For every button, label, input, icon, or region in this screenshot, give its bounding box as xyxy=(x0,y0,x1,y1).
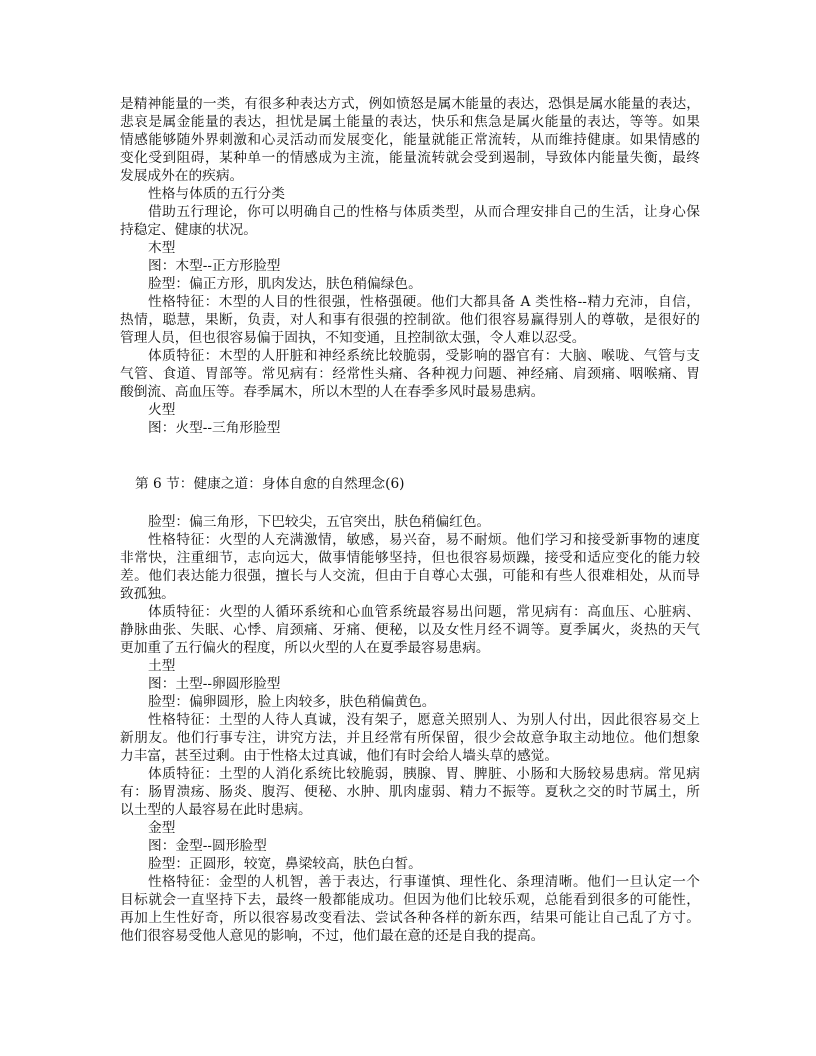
text-block-wood-fire: 是精神能量的一类，有很多种表达方式，例如愤怒是属木能量的表达，恐惧是属水能量的表… xyxy=(120,95,700,437)
text-line: 再加上生性好奇，所以很容易改变看法、尝试各种各样的新东西，结果可能让自己乱了方寸… xyxy=(120,909,700,927)
document-page: 是精神能量的一类，有很多种表达方式，例如愤怒是属木能量的表达，恐惧是属水能量的表… xyxy=(0,0,816,1056)
text-line: 性格特征：金型的人机智，善于表达，行事谨慎、理性化、条理清晰。他们一旦认定一个 xyxy=(120,873,700,891)
text-line: 借助五行理论，你可以明确自己的性格与体质类型，从而合理安排自己的生活，让身心保 xyxy=(120,203,700,221)
text-line: 脸型：偏卵圆形，脸上肉较多，肤色稍偏黄色。 xyxy=(120,693,700,711)
text-line: 体质特征：土型的人消化系统比较脆弱，胰腺、胃、脾脏、小肠和大肠较易患病。常见病 xyxy=(120,765,700,783)
text-line: 体质特征：火型的人循环系统和心血管系统最容易出问题，常见病有：高血压、心脏病、 xyxy=(120,603,700,621)
text-line: 持稳定、健康的状况。 xyxy=(120,221,700,239)
text-line: 是精神能量的一类，有很多种表达方式，例如愤怒是属木能量的表达，恐惧是属水能量的表… xyxy=(120,95,700,113)
text-line: 脸型：偏三角形，下巴较尖，五官突出，肤色稍偏红色。 xyxy=(120,513,700,531)
text-line: 情感能够随外界刺激和心灵活动而发展变化，能量就能正常流转，从而维持健康。如果情感… xyxy=(120,131,700,149)
text-line: 脸型：正圆形，较宽，鼻梁较高，肤色白皙。 xyxy=(120,855,700,873)
figure-caption-wood: 图：木型--正方形脸型 xyxy=(120,257,700,275)
text-line: 性格特征：木型的人目的性很强，性格强硬。他们大都具备 A 类性格--精力充沛，自… xyxy=(120,293,700,311)
text-line: 性格特征：火型的人充满激情，敏感，易兴奋，易不耐烦。他们学习和接受新事物的速度 xyxy=(120,531,700,549)
text-line: 致孤独。 xyxy=(120,585,700,603)
subheading-earth-type: 土型 xyxy=(120,657,700,675)
text-line: 非常快，注重细节，志向远大，做事情能够坚持，但也很容易烦躁，接受和适应变化的能力… xyxy=(120,549,700,567)
text-line: 性格特征：土型的人待人真诚，没有架子，愿意关照别人、为别人付出，因此很容易交上 xyxy=(120,711,700,729)
text-line: 差。他们表达能力很强，擅长与人交流，但由于自尊心太强，可能和有些人很难相处，从而… xyxy=(120,567,700,585)
text-line: 管理人员，但也很容易偏于固执，不知变通，且控制欲太强，令人难以忍受。 xyxy=(120,329,700,347)
text-line: 有：肠胃溃疡、肠炎、腹泻、便秘、水肿、肌肉虚弱、精力不振等。夏秋之交的时节属土，… xyxy=(120,783,700,801)
figure-caption-fire: 图：火型--三角形脸型 xyxy=(120,419,700,437)
text-line: 静脉曲张、失眠、心悸、肩颈痛、牙痛、便秘，以及女性月经不调等。夏季属火，炎热的天… xyxy=(120,621,700,639)
text-line: 变化受到阻碍，某种单一的情感成为主流，能量流转就会受到遏制，导致体内能量失衡，最… xyxy=(120,149,700,167)
subheading-wood-type: 木型 xyxy=(120,239,700,257)
text-block-fire-earth-metal: 脸型：偏三角形，下巴较尖，五官突出，肤色稍偏红色。 性格特征：火型的人充满激情，… xyxy=(120,513,700,945)
section-heading: 第 6 节：健康之道：身体自愈的自然理念(6) xyxy=(135,475,405,493)
text-line: 以土型的人最容易在此时患病。 xyxy=(120,801,700,819)
text-line: 目标就会一直坚持下去，最终一般都能成功。但因为他们比较乐观，总能看到很多的可能性… xyxy=(120,891,700,909)
text-line: 更加重了五行偏火的程度，所以火型的人在夏季最容易患病。 xyxy=(120,639,700,657)
text-line: 他们很容易受他人意见的影响，不过，他们最在意的还是自我的提高。 xyxy=(120,927,700,945)
text-line: 气管、食道、胃部等。常见病有：经常性头痛、各种视力问题、神经痛、肩颈痛、咽喉痛、… xyxy=(120,365,700,383)
text-line: 悲哀是属金能量的表达，担忧是属土能量的表达，快乐和焦急是属火能量的表达，等等。如… xyxy=(120,113,700,131)
text-line: 力丰富，甚至过剩。由于性格太过真诚，他们有时会给人墙头草的感觉。 xyxy=(120,747,700,765)
subheading-five-elements: 性格与体质的五行分类 xyxy=(120,185,700,203)
text-line: 发展成外在的疾病。 xyxy=(120,167,700,185)
text-line: 体质特征：木型的人肝脏和神经系统比较脆弱，受影响的器官有：大脑、喉咙、气管与支 xyxy=(120,347,700,365)
subheading-fire-type: 火型 xyxy=(120,401,700,419)
text-line: 热情，聪慧，果断，负责，对人和事有很强的控制欲。他们很容易赢得别人的尊敬，是很好… xyxy=(120,311,700,329)
figure-caption-metal: 图：金型--圆形脸型 xyxy=(120,837,700,855)
text-line: 新朋友。他们行事专注，讲究方法，并且经常有所保留，很少会故意争取主动地位。他们想… xyxy=(120,729,700,747)
figure-caption-earth: 图：土型--卵圆形脸型 xyxy=(120,675,700,693)
text-line: 脸型：偏正方形，肌肉发达，肤色稍偏绿色。 xyxy=(120,275,700,293)
text-line: 酸倒流、高血压等。春季属木，所以木型的人在春季多风时最易患病。 xyxy=(120,383,700,401)
subheading-metal-type: 金型 xyxy=(120,819,700,837)
